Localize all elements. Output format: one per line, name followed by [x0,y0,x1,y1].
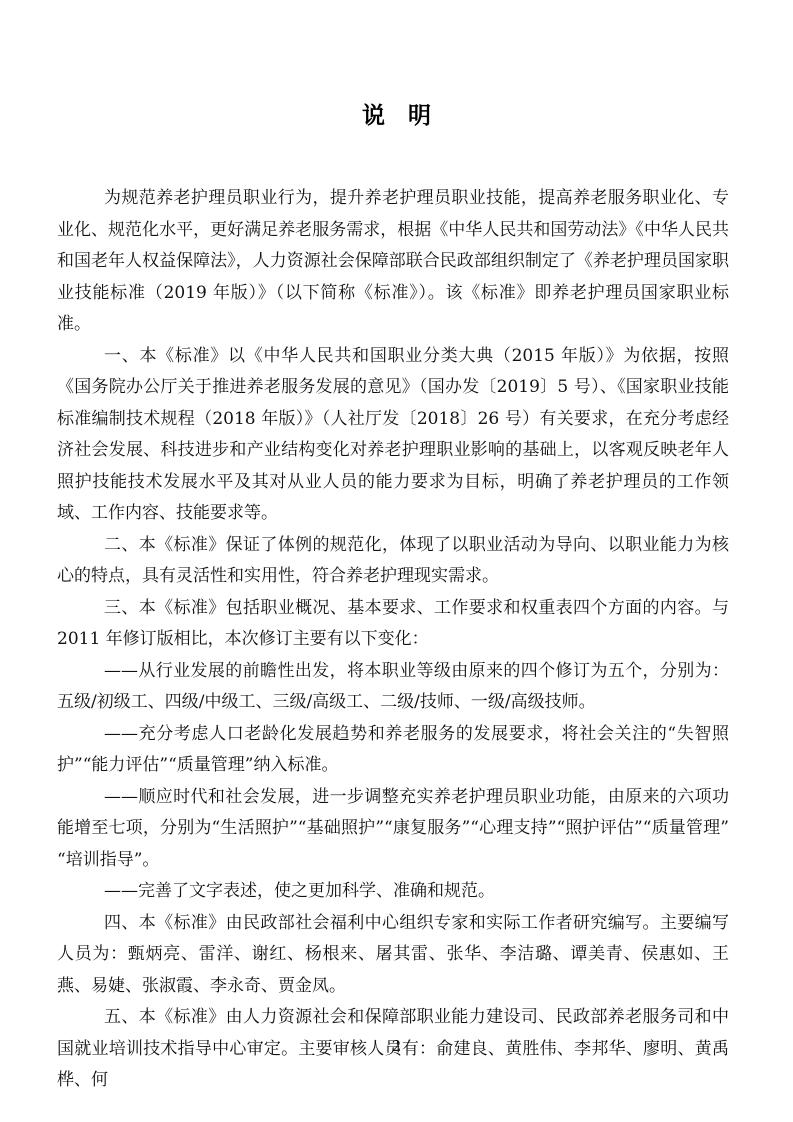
paragraph-change-4: ——完善了文字表述，使之更加科学、准确和规范。 [57,876,729,908]
document-title: 说 明 [0,100,793,132]
paragraph-change-1: ——从行业发展的前瞻性出发，将本职业等级由原来的四个修订为五个，分别为：五级/初… [57,656,729,719]
paragraph-intro: 为规范养老护理员职业行为，提升养老护理员职业技能，提高养老服务职业化、专业化、规… [57,183,729,341]
paragraph-item-4: 四、本《标准》由民政部社会福利中心组织专家和实际工作者研究编写。主要编写人员为：… [57,908,729,1003]
document-page: 说 明 为规范养老护理员职业行为，提升养老护理员职业技能，提高养老服务职业化、专… [0,0,793,1122]
paragraph-item-1: 一、本《标准》以《中华人民共和国职业分类大典（2015 年版）》为依据，按照《国… [57,341,729,530]
paragraph-change-2: ——充分考虑人口老龄化发展趋势和养老服务的发展要求，将社会关注的“失智照护”“能… [57,719,729,782]
page-number: 2 [0,1036,793,1056]
paragraph-item-3: 三、本《标准》包括职业概况、基本要求、工作要求和权重表四个方面的内容。与 201… [57,593,729,656]
document-body: 为规范养老护理员职业行为，提升养老护理员职业技能，提高养老服务职业化、专业化、规… [57,183,729,1097]
paragraph-change-3: ——顺应时代和社会发展，进一步调整充实养老护理员职业功能，由原来的六项功能增至七… [57,782,729,877]
paragraph-item-2: 二、本《标准》保证了体例的规范化，体现了以职业活动为导向、以职业能力为核心的特点… [57,530,729,593]
